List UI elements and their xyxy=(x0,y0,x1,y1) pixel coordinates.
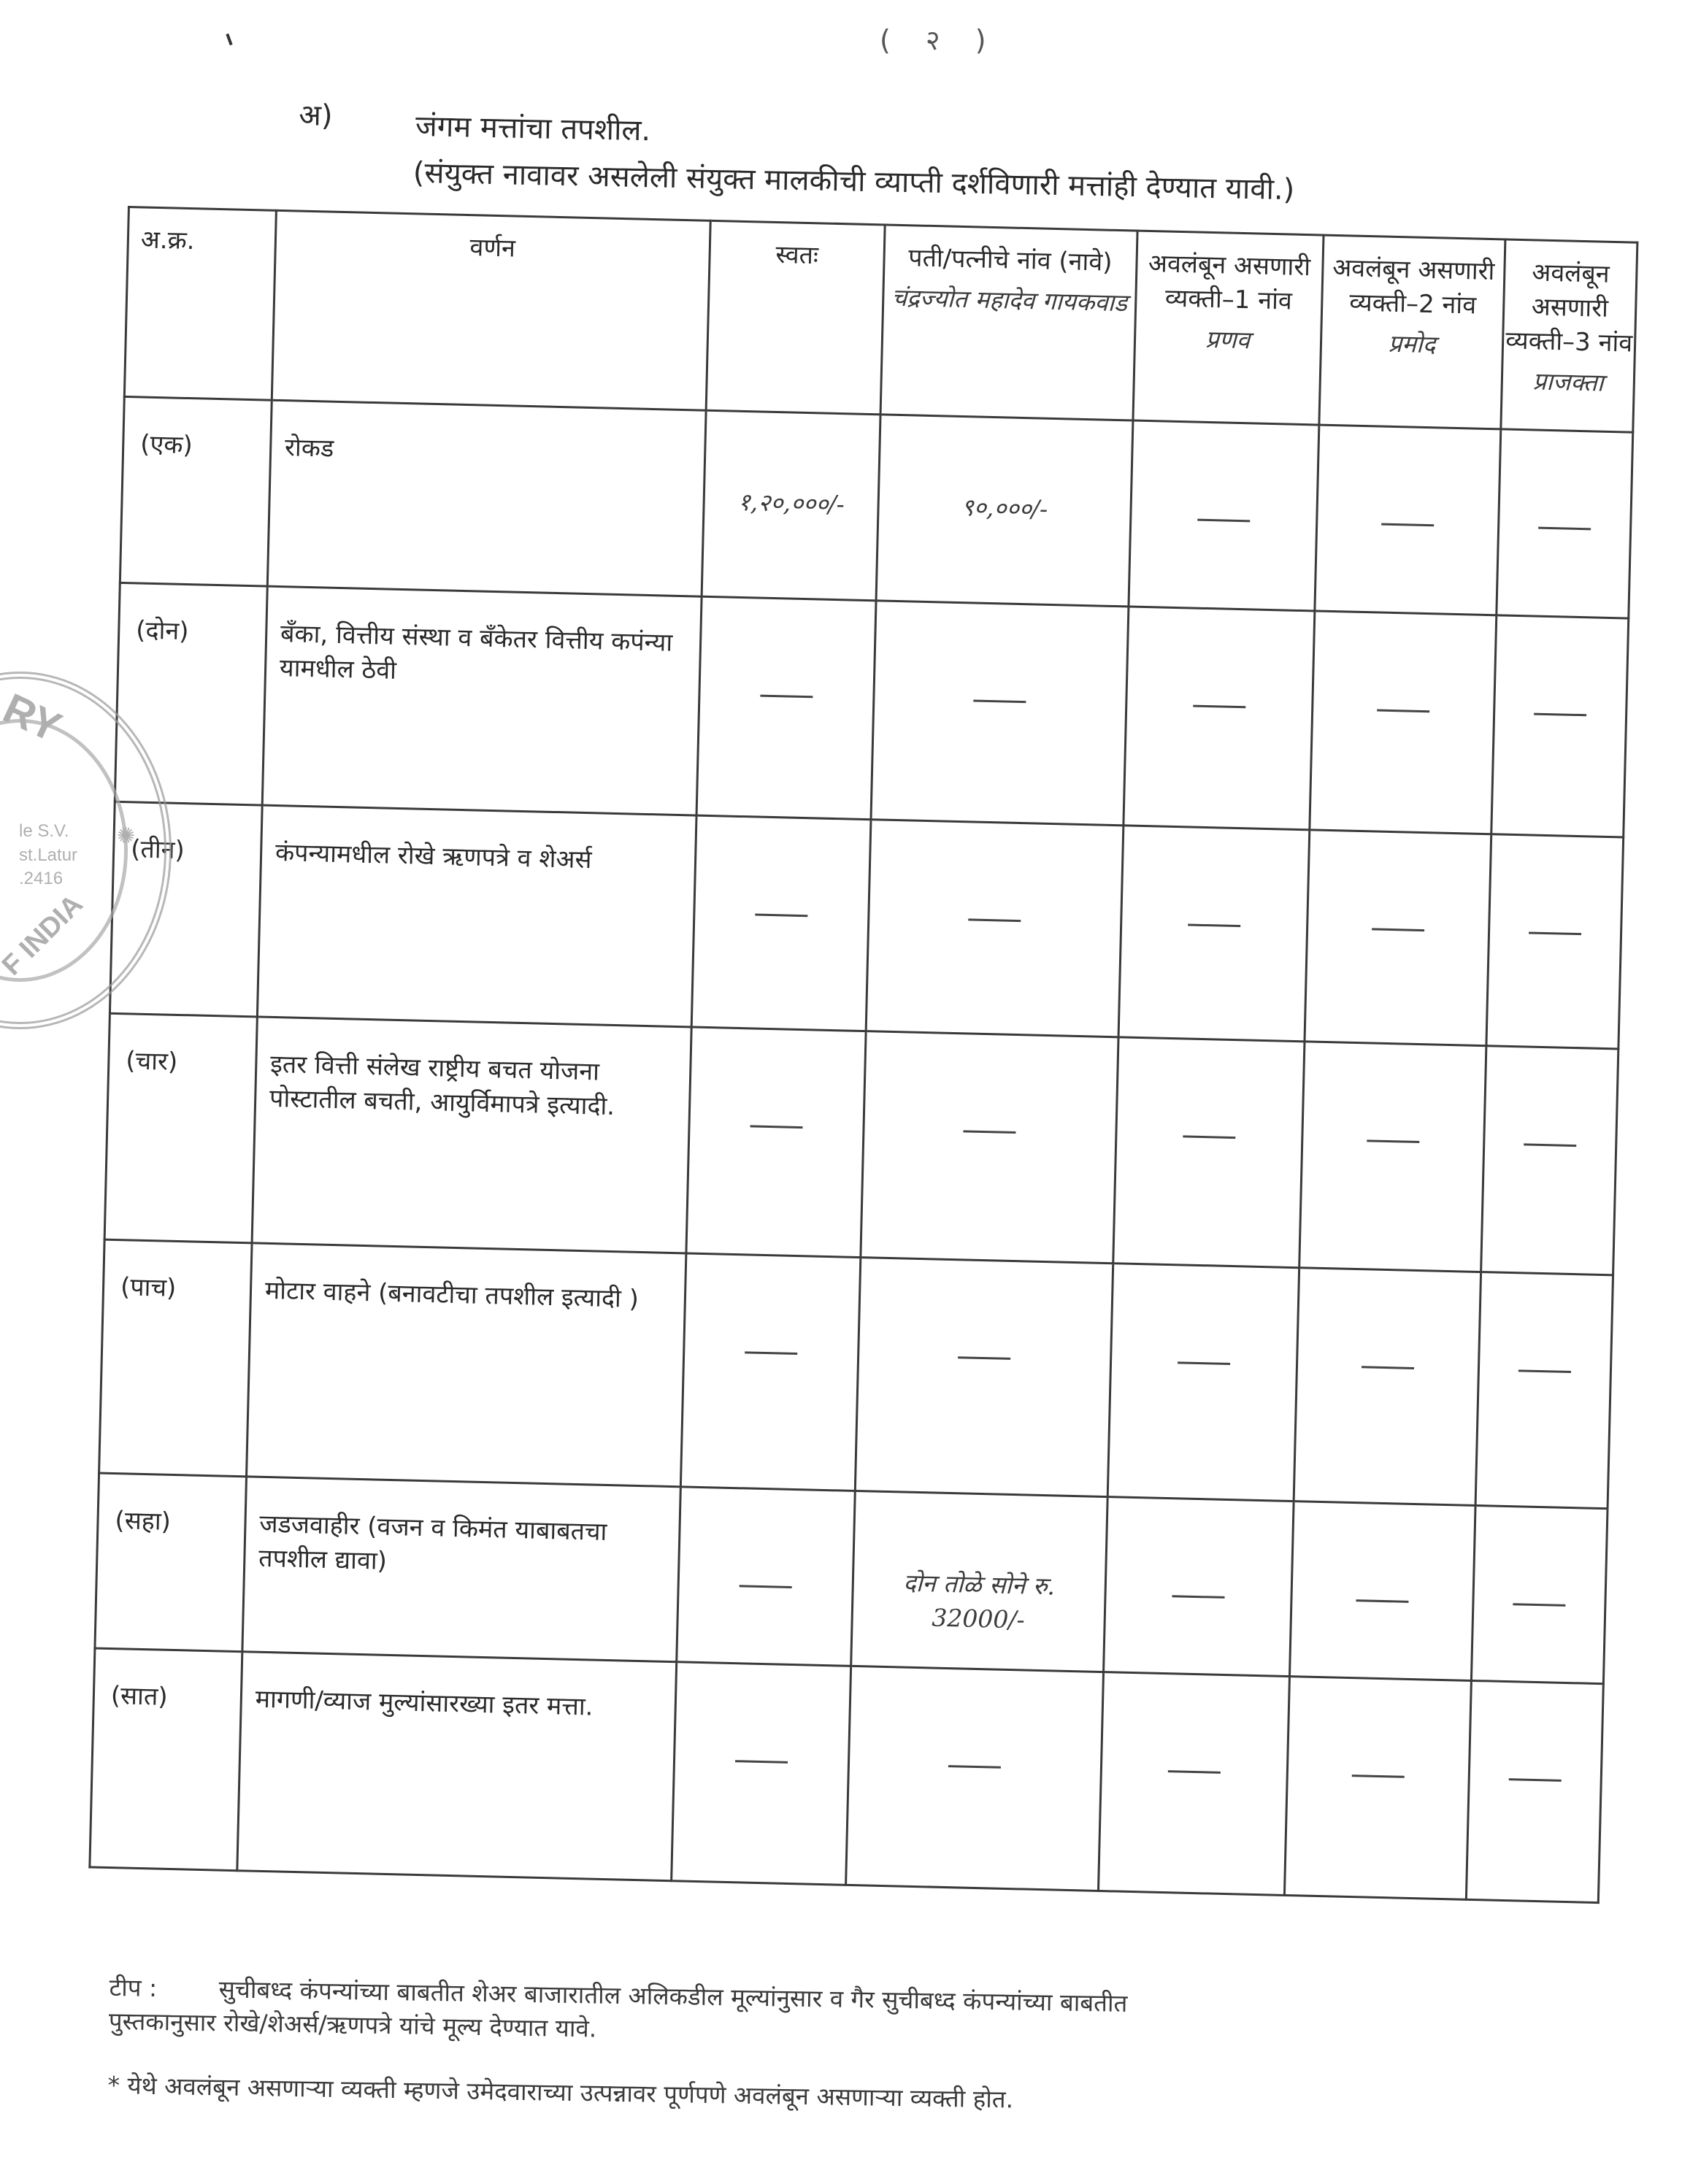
table-row: (पाच)मोटार वाहने (बनावटीचा तपशील इत्यादी… xyxy=(99,1239,1613,1509)
section-marker: अ) xyxy=(299,93,333,134)
handwritten-value: दोन तोळे सोने रु. 32000/- xyxy=(903,1569,1056,1634)
cell-dependent1 xyxy=(1128,420,1318,611)
nil-dash xyxy=(1538,527,1591,531)
table-row: (चार)इतर वित्ती संलेख राष्ट्रीय बचत योजन… xyxy=(104,1013,1618,1275)
page-number: ( २ ) xyxy=(880,20,999,58)
cell-dependent2 xyxy=(1294,1268,1481,1506)
note-label: टीप : xyxy=(109,1971,219,2006)
cell-spouse: ९०,०००/- xyxy=(876,415,1132,607)
row-serial: (पाच) xyxy=(99,1239,252,1477)
footer-notes: टीप :सुचीबध्द कंपन्यांच्या बाबतीत शेअर ब… xyxy=(107,1971,1643,2126)
stamp-line-1: le S.V. xyxy=(19,821,69,842)
cell-dependent2 xyxy=(1284,1677,1472,1900)
section-heading: अ) जंगम मत्तांचा तपशील. (संयुक्त नावावर … xyxy=(299,93,1682,120)
note-2: * येथे अवलंबून असणाऱ्या व्यक्ती म्हणजे उ… xyxy=(107,2069,1640,2126)
nil-dash xyxy=(1197,519,1250,523)
cell-dependent3 xyxy=(1472,1505,1608,1683)
cell-spouse: दोन तोळे सोने रु. 32000/- xyxy=(851,1491,1107,1672)
cell-dependent3 xyxy=(1486,834,1623,1049)
cell-dependent2 xyxy=(1289,1501,1475,1681)
header-dependent-3: अवलंबून असणारी व्यक्ती–3 नांव प्राजक्ता xyxy=(1501,239,1637,432)
nil-dash xyxy=(1188,923,1240,927)
handwritten-value: १,२०,०००/- xyxy=(737,488,845,518)
cell-dependent1 xyxy=(1098,1672,1289,1896)
cell-self xyxy=(680,1253,861,1491)
cell-self xyxy=(686,1027,866,1258)
cell-self xyxy=(691,815,871,1031)
nil-dash xyxy=(1356,1599,1408,1603)
section-title: जंगम मत्तांचा तपशील. xyxy=(415,104,651,149)
cell-spouse xyxy=(861,1031,1118,1264)
table-row: (एक)रोकड१,२०,०००/-९०,०००/- xyxy=(120,396,1632,618)
nil-dash xyxy=(1377,710,1429,713)
stamp-line-2: st.Latur xyxy=(19,845,77,866)
table-row: (सात)मागणी/व्याज मुल्यांसारख्या इतर मत्त… xyxy=(90,1648,1603,1903)
nil-dash xyxy=(1362,1366,1414,1369)
header-dependent-3-label: अवलंबून असणारी व्यक्ती–3 नांव xyxy=(1505,258,1633,358)
cell-self xyxy=(677,1487,856,1666)
handwritten-value: ९०,०००/- xyxy=(961,493,1048,523)
nil-dash xyxy=(1381,523,1434,527)
nil-dash xyxy=(1518,1369,1571,1373)
row-description: मागणी/व्याज मुल्यांसारख्या इतर मत्ता. xyxy=(237,1652,677,1881)
header-dependent-2: अवलंबून असणारी व्यक्ती–2 नांव प्रमोद xyxy=(1318,235,1505,429)
handwritten-spouse-name: चंद्रज्योत महादेव गायकवाड xyxy=(885,280,1134,320)
cell-dependent3 xyxy=(1467,1680,1604,1902)
handwritten-dependent-1-name: प्रणव xyxy=(1136,320,1319,358)
cell-dependent2 xyxy=(1299,1042,1486,1272)
row-description: जडजवाहीर (वजन व किमंत याबाबतचा तपशील द्य… xyxy=(242,1477,681,1662)
nil-dash xyxy=(1529,931,1581,935)
nil-dash xyxy=(755,914,807,918)
nil-dash xyxy=(1352,1774,1405,1778)
row-description: रोकड xyxy=(267,400,706,596)
nil-dash xyxy=(969,918,1021,922)
nil-dash xyxy=(958,1356,1010,1360)
handwritten-dependent-2-name: प्रमोद xyxy=(1322,325,1502,362)
row-description: बँका, वित्तीय संस्था व बँकेतर वित्तीय कप… xyxy=(262,586,702,815)
row-serial: (सात) xyxy=(90,1648,242,1871)
row-description: इतर वित्ती संलेख राष्ट्रीय बचत योजना पोस… xyxy=(252,1017,691,1253)
cell-dependent2 xyxy=(1314,425,1501,615)
table-row: (सहा)जडजवाहीर (वजन व किमंत याबाबतचा तपशी… xyxy=(95,1473,1608,1684)
nil-dash xyxy=(1172,1595,1224,1599)
scan-speck xyxy=(226,34,232,45)
nil-dash xyxy=(964,1130,1016,1134)
stamp-line-3: .2416 xyxy=(19,869,63,889)
header-spouse-label: पती/पत्नीचे नांव (नावे) xyxy=(908,243,1113,277)
header-sr: अ.क्र. xyxy=(124,207,276,401)
nil-dash xyxy=(974,699,1026,703)
handwritten-dependent-3-name: प्राजक्ता xyxy=(1504,364,1633,400)
header-description: वर्णन xyxy=(272,210,710,410)
cell-dependent3 xyxy=(1497,429,1633,618)
header-dependent-2-label: अवलंबून असणारी व्यक्ती–2 नांव xyxy=(1332,253,1495,320)
cell-dependent3 xyxy=(1491,615,1629,837)
cell-dependent3 xyxy=(1481,1046,1618,1275)
nil-dash xyxy=(1167,1770,1220,1774)
table-header-row: अ.क्र. वर्णन स्वतः पती/पत्नीचे नांव (नाव… xyxy=(124,207,1637,433)
cell-spouse xyxy=(866,820,1123,1037)
header-dependent-1: अवलंबून असणारी व्यक्ती–1 नांव प्रणव xyxy=(1132,231,1323,425)
affidavit-page: ( २ ) अ) जंगम मत्तांचा तपशील. (संयुक्त न… xyxy=(0,0,1682,2184)
nil-dash xyxy=(1367,1139,1419,1143)
stamp-emblem-icon: ✺ xyxy=(117,823,135,849)
nil-dash xyxy=(1193,705,1245,709)
cell-spouse xyxy=(846,1666,1103,1891)
row-serial: (एक) xyxy=(120,396,272,586)
cell-dependent1 xyxy=(1103,1497,1294,1677)
row-serial: (चार) xyxy=(104,1013,257,1243)
cell-spouse xyxy=(855,1258,1113,1497)
cell-dependent3 xyxy=(1475,1272,1613,1509)
cell-dependent1 xyxy=(1123,607,1314,830)
nil-dash xyxy=(1509,1778,1562,1782)
table-row: (तीन)कंपन्यामधील रोखे ऋणपत्रे व शेअर्स xyxy=(110,801,1623,1049)
nil-dash xyxy=(750,1125,803,1128)
cell-self xyxy=(672,1662,851,1885)
section-subtitle: (संयुक्त नावावर असलेली संयुक्त मालकीची व… xyxy=(412,151,1294,208)
cell-dependent1 xyxy=(1107,1264,1299,1501)
cell-dependent1 xyxy=(1118,826,1310,1042)
cell-spouse xyxy=(871,601,1128,826)
header-dependent-1-label: अवलंबून असणारी व्यक्ती–1 नांव xyxy=(1148,249,1311,316)
nil-dash xyxy=(745,1351,797,1355)
cell-dependent2 xyxy=(1305,830,1491,1046)
table-row: (दोन)बँका, वित्तीय संस्था व बँकेतर वित्त… xyxy=(115,582,1628,837)
cell-dependent2 xyxy=(1309,611,1497,834)
nil-dash xyxy=(1178,1361,1230,1365)
nil-dash xyxy=(1183,1135,1235,1139)
cell-self xyxy=(696,596,876,820)
nil-dash xyxy=(1372,928,1424,931)
nil-dash xyxy=(948,1765,1001,1769)
cell-dependent1 xyxy=(1113,1037,1304,1268)
row-serial: (सहा) xyxy=(95,1473,247,1652)
row-description: कंपन्यामधील रोखे ऋणपत्रे व शेअर्स xyxy=(257,805,696,1027)
header-self: स्वतः xyxy=(706,220,885,415)
movable-assets-table: अ.क्र. वर्णन स्वतः पती/पत्नीचे नांव (नाव… xyxy=(88,206,1638,1904)
header-spouse: पती/पत्नीचे नांव (नावे) चंद्रज्योत महादे… xyxy=(880,225,1137,420)
row-description: मोटार वाहने (बनावटीचा तपशील इत्यादी ) xyxy=(246,1243,686,1487)
nil-dash xyxy=(1524,1143,1576,1147)
nil-dash xyxy=(1534,713,1586,717)
cell-self: १,२०,०००/- xyxy=(702,410,880,601)
nil-dash xyxy=(740,1585,792,1588)
nil-dash xyxy=(735,1760,788,1764)
nil-dash xyxy=(760,695,813,699)
nil-dash xyxy=(1513,1603,1565,1607)
